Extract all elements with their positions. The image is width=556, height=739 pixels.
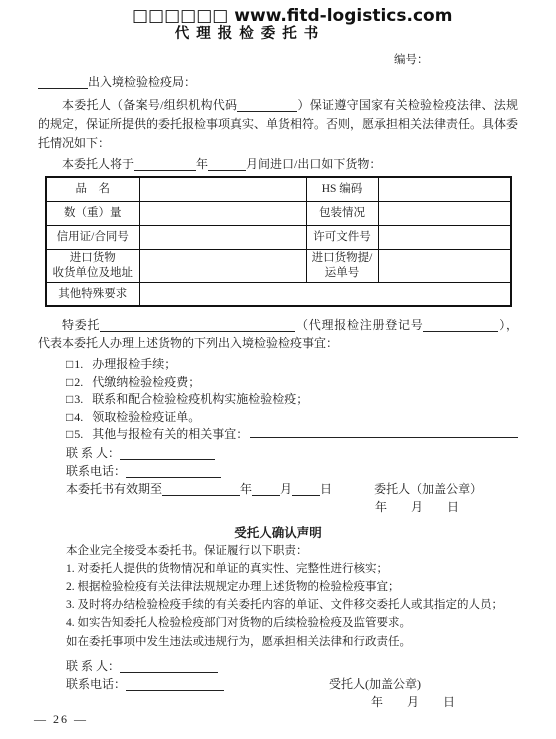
item-text: 联系和配合检验检疫机构实施检验检疫； [92,391,308,409]
bill-of-lading-label-line2: 运单号 [309,266,376,280]
packing-value-cell [378,201,511,225]
table-row: 进口货物 收货单位及地址 进口货物提/ 运单号 [46,249,511,282]
item-number: 1. [74,356,83,374]
declaration-item-2: 2. 根据检验检疫有关法律法规规定办理上述货物的检验检疫事宜； [66,578,518,596]
checkbox-icon: □ [66,356,73,374]
agent-phone-row: 联系电话：受托人(加盖公章) [38,675,518,693]
table-row: 信用证/合同号 许可文件号 [46,225,511,249]
agent-name-blank-line [100,320,295,332]
item-text: 代缴纳检验检疫费； [92,374,200,392]
org-code-blank-line [237,100,297,112]
agent-signature-label: 受托人(加盖公章) [329,677,421,691]
item-number: 3. [74,391,83,409]
principal-contact-row: 联 系 人： [38,444,518,462]
credit-contract-label: 信用证/合同号 [46,225,139,249]
table-row: 其他特殊要求 [46,282,511,306]
bureau-label: 出入境检验检疫局： [88,75,196,89]
declaration-intro: 本企业完全接受本委托书。保证履行以下职责： [66,542,518,560]
consignee-label: 进口货物 收货单位及地址 [46,249,139,282]
bill-of-lading-label-line1: 进口货物提/ [309,251,376,265]
goods-intro-line: 本委托人将于年月间进口/出口如下货物： [38,157,518,172]
reg-number-blank-line [423,320,498,332]
table-row: 数（重）量 包装情况 [46,201,511,225]
declaration-heading: 受托人确认声明 [38,523,518,541]
contact-phone-label: 联系电话： [66,677,126,691]
quantity-value-cell [139,201,306,225]
year-label: 年 [240,482,252,496]
page-number: — 26 — [34,712,88,727]
entrust-checklist: □ 1. 办理报检手续； □ 2. 代缴纳检验检疫费； □ 3. 联系和配合检验… [38,356,518,444]
contact-phone-label: 联系电话： [66,464,126,478]
principal-date-line: 年 月 日 [38,498,518,516]
bill-of-lading-label: 进口货物提/ 运单号 [306,249,378,282]
declaration-item-3: 3. 及时将办结检验检疫手续的有关委托内容的单证、文件移交委托人或其指定的人员； [66,596,518,614]
special-requirements-value-cell [139,282,511,306]
item-number: 2. [74,374,83,392]
declaration-outro: 如在委托事项中发生违法或违规行为，愿承担相关法律和行政责任。 [66,633,518,651]
entrust-paragraph: 特委托（代理报检注册登记号），代表本委托人办理上述货物的下列出入境检验检疫事宜： [38,316,518,352]
principal-signature-label: 委托人（加盖公章） [374,482,482,496]
other-matters-blank-line [250,426,518,438]
day-label: 日 [320,482,332,496]
entrust-reg-label: （代理报检注册登记号 [295,318,423,332]
agent-date-line: 年 月 日 [38,693,518,711]
checklist-item-5: □ 5. 其他与报检有关的相关事宜： [66,426,518,444]
bureau-blank-line [38,77,88,89]
pledge-text-pre: 本委托人（备案号/组织机构代码 [62,98,237,112]
checkbox-icon: □ [66,391,73,409]
packing-label: 包装情况 [306,201,378,225]
hs-code-value-cell [378,177,511,201]
bill-of-lading-value-cell [378,249,511,282]
goods-text-post: 月间进口/出口如下货物： [246,157,381,171]
year-blank-line [134,159,196,171]
agent-phone-blank-line [126,679,224,691]
checklist-item-1: □ 1. 办理报检手续； [66,356,518,374]
consignee-label-line1: 进口货物 [49,251,137,265]
license-doc-value-cell [378,225,511,249]
goods-table: 品 名 HS 编码 数（重）量 包装情况 信用证/合同号 许可文件号 进口货物 [45,176,512,307]
validity-month-blank-line [252,484,280,496]
item-number: 5. [74,426,83,444]
special-requirements-label: 其他特殊要求 [46,282,139,306]
validity-day-blank-line [292,484,320,496]
validity-label: 本委托书有效期至 [66,482,162,496]
serial-number-label: 编号： [394,51,429,67]
month-blank-line [208,159,246,171]
license-doc-label: 许可文件号 [306,225,378,249]
quantity-label: 数（重）量 [46,201,139,225]
checkbox-icon: □ [66,426,73,444]
consignee-value-cell [139,249,306,282]
declaration-block: 本企业完全接受本委托书。保证履行以下职责： 1. 对委托人提供的货物情况和单证的… [38,542,518,651]
checkbox-icon: □ [66,374,73,392]
goods-name-label: 品 名 [46,177,139,201]
checklist-item-3: □ 3. 联系和配合检验检疫机构实施检验检疫； [66,391,518,409]
validity-year-blank-line [162,484,240,496]
checklist-item-4: □ 4. 领取检验检疫证单。 [66,409,518,427]
validity-row: 本委托书有效期至年月日委托人（加盖公章） [38,480,518,498]
agent-contact-row: 联 系 人： [38,657,518,675]
document-title: 代理报检委托书 [0,22,500,43]
goods-name-value-cell [139,177,306,201]
goods-text-pre: 本委托人将于 [62,157,134,171]
declaration-item-4: 4. 如实告知委托人检验检疫部门对货物的后续检验检疫及监管要求。 [66,614,518,632]
hs-code-label: HS 编码 [306,177,378,201]
contact-person-label: 联 系 人： [66,659,120,673]
month-label: 月 [280,482,292,496]
bureau-line: 出入境检验检疫局： [38,75,518,90]
agent-contact-blank-line [120,661,218,673]
document-page: □□□□□□ www.fitd-logistics.com 代理报检委托书 编号… [0,0,556,739]
contact-person-label: 联 系 人： [66,446,120,460]
entrust-text-pre: 特委托 [62,318,100,332]
item-text: 领取检验检疫证单。 [92,409,200,427]
principal-phone-row: 联系电话： [38,462,518,480]
item-text: 其他与报检有关的相关事宜： [92,426,248,444]
checkbox-icon: □ [66,409,73,427]
goods-year-label: 年 [196,157,208,171]
consignee-label-line2: 收货单位及地址 [49,266,137,280]
item-number: 4. [74,409,83,427]
credit-contract-value-cell [139,225,306,249]
contact-phone-blank-line [126,466,221,478]
pledge-paragraph: 本委托人（备案号/组织机构代码）保证遵守国家有关检验检疫法律、法规的规定，保证所… [38,96,518,153]
document-body: 出入境检验检疫局： 本委托人（备案号/组织机构代码）保证遵守国家有关检验检疫法律… [38,70,518,711]
item-text: 办理报检手续； [92,356,176,374]
contact-person-blank-line [120,448,215,460]
table-row: 品 名 HS 编码 [46,177,511,201]
checklist-item-2: □ 2. 代缴纳检验检疫费； [66,374,518,392]
declaration-item-1: 1. 对委托人提供的货物情况和单证的真实性、完整性进行核实； [66,560,518,578]
